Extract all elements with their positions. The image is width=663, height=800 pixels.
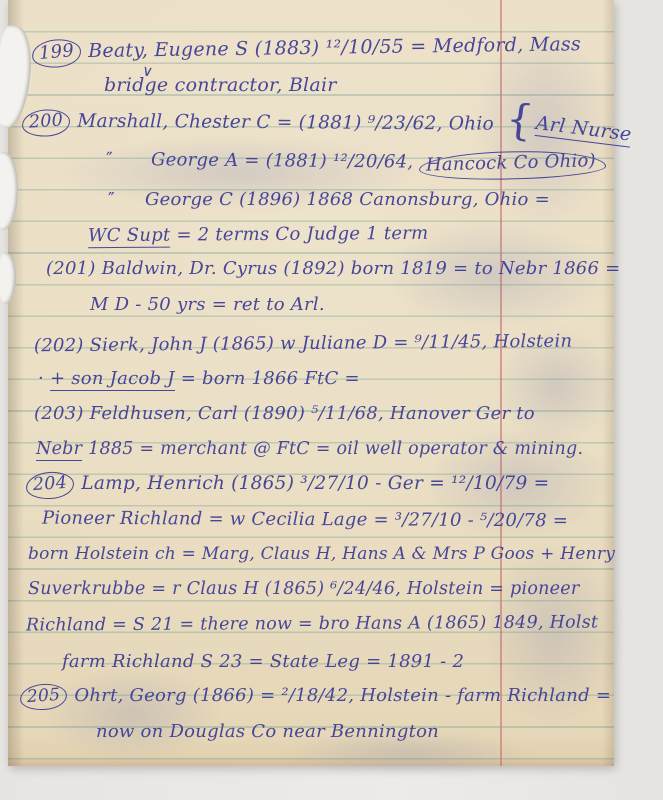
ditto-mark: ″ (108, 189, 115, 212)
entry-202-line2: · + son Jacob J = born 1866 FtC = (38, 368, 360, 391)
entry-201-line2: M D - 50 yrs = ret to Arl. (90, 294, 325, 317)
entry-204-line5: Richland = S 21 = there now = bro Hans A… (26, 613, 598, 638)
entry-204-line1: 204Lamp, Henrich (1865) ³/27/10 - Ger = … (26, 472, 549, 499)
entry-number-circled: 199 (31, 37, 82, 69)
entry-text: = 2 terms Co Judge 1 term (170, 223, 428, 246)
underlined-text: Nebr (36, 439, 82, 461)
entry-204-line6: farm Richland S 23 = State Leg = 1891 - … (62, 651, 464, 674)
underlined-text: + son Jacob J (50, 368, 175, 391)
entry-text: = born 1866 FtC = (175, 368, 360, 389)
entry-202-line1: (202) Sierk, John J (1865) w Juliane D =… (34, 331, 572, 358)
entry-204-line4: Suverkrubbe = r Claus H (1865) ⁶/24/46, … (28, 579, 579, 601)
entry-text: George A = (1881) ¹²/20/64, (151, 149, 419, 172)
entry-text: Ohrt, Georg (1866) = ²/18/42, Holstein -… (74, 685, 611, 706)
side-note-text: Arl Nurse (534, 112, 632, 148)
entry-number-circled: 205 (19, 682, 68, 712)
entry-201-line1: (201) Baldwin, Dr. Cyrus (1892) born 181… (46, 258, 621, 281)
entry-200-line3: ″George C (1896) 1868 Canonsburg, Ohio = (108, 189, 550, 212)
entry-text: 1885 = merchant @ FtC = oil well operato… (82, 439, 583, 459)
entry-text: George C (1896) 1868 Canonsburg, Ohio = (145, 189, 550, 210)
entry-199-line2: bridge contractor, Blair (104, 74, 337, 98)
notebook-paper: 199Beaty, Eugene S (1883) ¹²/10/55 = Med… (8, 0, 614, 766)
entry-text: Beaty, Eugene S (1883) ¹²/10/55 = Medfor… (88, 33, 581, 62)
entry-205-line1: 205Ohrt, Georg (1866) = ²/18/42, Holstei… (20, 684, 611, 710)
entry-text: Marshall, Chester C = (1881) ⁹/23/62, Oh… (77, 111, 494, 135)
bottom-edge-shadow (8, 756, 614, 766)
scanned-document: { "page": { "description": "Handwritten … (0, 0, 663, 800)
ditto-mark: ″ (106, 149, 113, 172)
underlined-text: WC Supt (88, 225, 171, 249)
entry-203-line1: (203) Feldhusen, Carl (1890) ⁵/11/68, Ha… (34, 403, 535, 426)
entry-text: · (38, 368, 50, 389)
entry-205-line2: now on Douglas Co near Bennington (96, 721, 439, 744)
entry-204-line3: born Holstein ch = Marg, Claus H, Hans A… (28, 544, 615, 565)
entry-200-line4: WC Supt = 2 terms Co Judge 1 term (88, 223, 429, 248)
margin-line (500, 0, 502, 766)
entry-204-line2: Pioneer Richland = w Cecilia Lage = ³/27… (42, 508, 568, 533)
entry-203-line2: Nebr 1885 = merchant @ FtC = oil well op… (36, 439, 583, 461)
brace-mark: { (503, 93, 536, 148)
circled-text: Hancock Co Ohio) (419, 149, 607, 181)
entry-number-circled: 204 (25, 470, 75, 500)
entry-number-circled: 200 (21, 108, 71, 138)
entry-200-line1: 200Marshall, Chester C = (1881) ⁹/23/62,… (22, 109, 494, 139)
entry-200-line2: ″George A = (1881) ¹²/20/64, Hancock Co … (106, 148, 606, 180)
entry-text: Lamp, Henrich (1865) ³/27/10 - Ger = ¹²/… (81, 473, 549, 494)
